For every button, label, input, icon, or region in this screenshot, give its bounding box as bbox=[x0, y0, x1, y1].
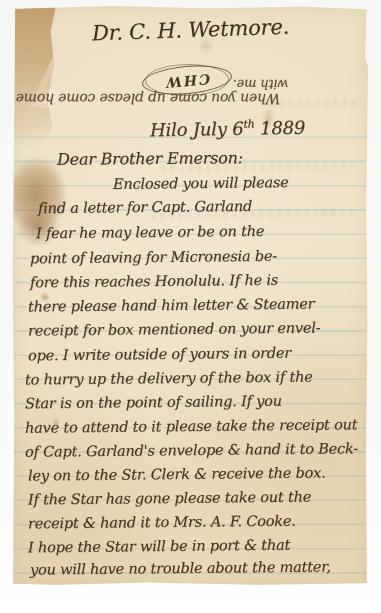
stain-spot-3 bbox=[200, 36, 212, 56]
ruled-lines bbox=[14, 114, 366, 580]
ink-bleedthrough bbox=[162, 162, 352, 172]
scan-background: Dr. C. H. Wetmore. CHW with me. When you… bbox=[0, 0, 381, 613]
ink-bleedthrough bbox=[152, 209, 352, 219]
stain-top-left bbox=[12, 6, 56, 148]
stain-spot-1 bbox=[40, 292, 50, 302]
letter-paper bbox=[12, 6, 368, 586]
stain-blob-left bbox=[4, 154, 76, 246]
ink-bleedthrough bbox=[262, 100, 362, 106]
stain-streak-center bbox=[257, 101, 280, 138]
stain-blob-left-dark bbox=[8, 202, 68, 254]
stain-spot-2 bbox=[52, 418, 60, 426]
tape-remnant bbox=[28, 56, 60, 108]
